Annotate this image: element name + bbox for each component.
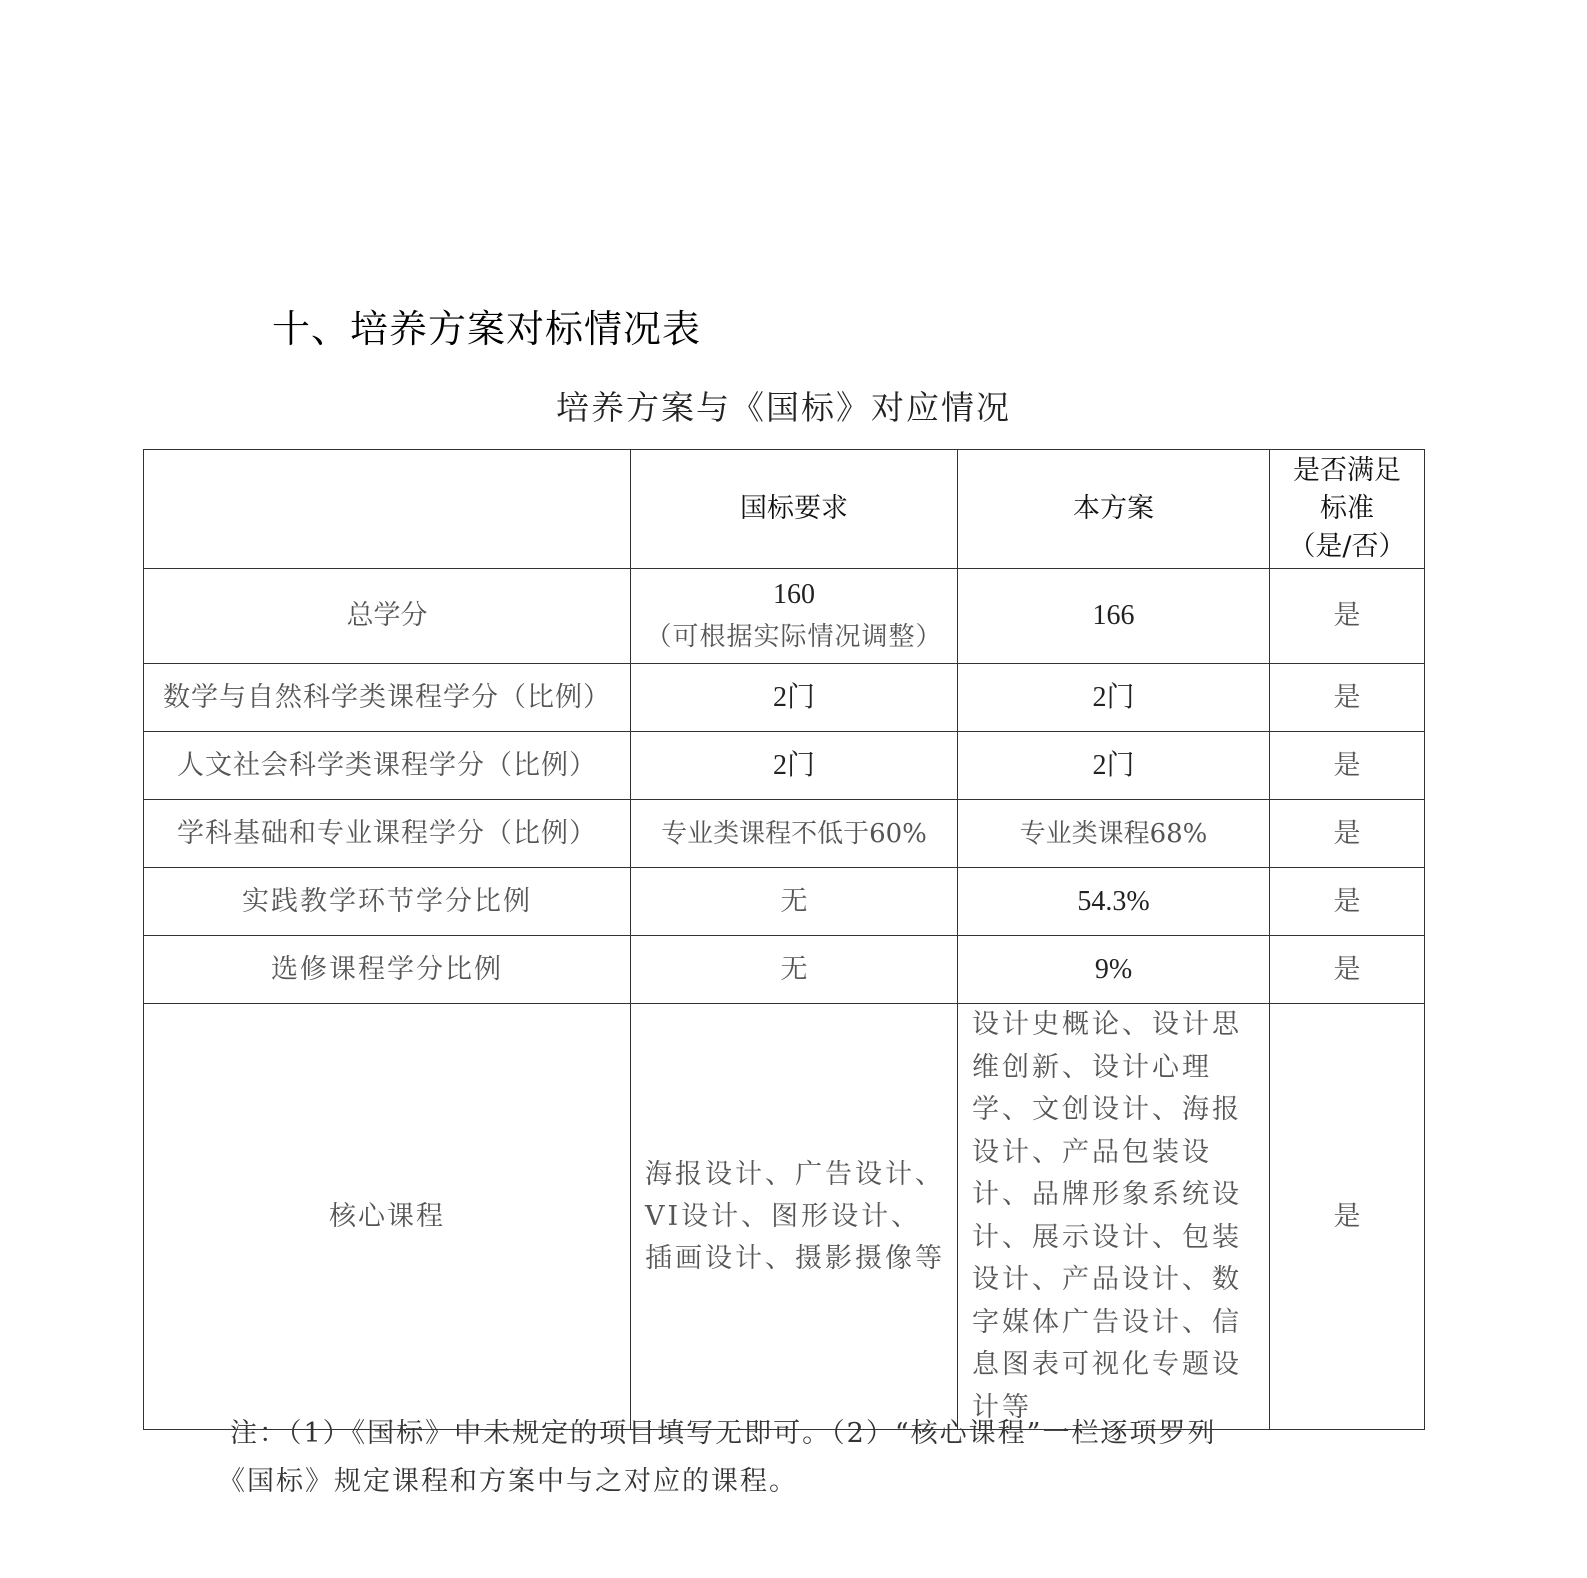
table-header-row: 国标要求 本方案 是否满足 标准 （是/否） [144, 450, 1425, 569]
row-meets: 是 [1270, 1004, 1425, 1430]
row-plan: 设计史概论、设计思维创新、设计心理学、文创设计、海报设计、产品包装设计、品牌形象… [958, 1004, 1270, 1430]
header-meets-line1: 是否满足 [1270, 452, 1424, 490]
row-meets: 是 [1270, 936, 1425, 1004]
row-meets: 是 [1270, 664, 1425, 732]
table-row: 人文社会科学类课程学分（比例） 2门 2门 是 [144, 732, 1425, 800]
row-item: 数学与自然科学类课程学分（比例） [144, 664, 631, 732]
row-meets: 是 [1270, 868, 1425, 936]
footnote: 注：（1）《国标》中未规定的项目填写无即可。（2）“核心课程”一栏逐项罗列 《国… [218, 1410, 1378, 1506]
row-standard: 无 [631, 868, 958, 936]
row-standard: 海报设计、广告设计、VI设计、图形设计、插画设计、摄影摄像等 [631, 1004, 958, 1430]
header-meets-line3: （是/否） [1270, 528, 1424, 566]
header-standard: 国标要求 [631, 450, 958, 569]
row-plan: 2门 [958, 732, 1270, 800]
table-row: 总学分 160 （可根据实际情况调整） 166 是 [144, 569, 1425, 664]
table-row: 学科基础和专业课程学分（比例） 专业类课程不低于60% 专业类课程68% 是 [144, 800, 1425, 868]
table-row: 核心课程 海报设计、广告设计、VI设计、图形设计、插画设计、摄影摄像等 设计史概… [144, 1004, 1425, 1430]
row-plan: 9% [958, 936, 1270, 1004]
row-standard: 2门 [631, 664, 958, 732]
row-meets: 是 [1270, 569, 1425, 664]
row-standard-value: 160 [631, 574, 957, 616]
section-heading: 十、培养方案对标情况表 [272, 298, 701, 353]
header-item [144, 450, 631, 569]
header-meets-line2: 标准 [1270, 490, 1424, 528]
row-standard: 无 [631, 936, 958, 1004]
row-standard: 2门 [631, 732, 958, 800]
row-plan: 专业类课程68% [958, 800, 1270, 868]
row-meets: 是 [1270, 732, 1425, 800]
header-meets: 是否满足 标准 （是/否） [1270, 450, 1425, 569]
comparison-table: 国标要求 本方案 是否满足 标准 （是/否） 总学分 160 （可根据实际情况调… [143, 449, 1425, 1430]
row-item: 选修课程学分比例 [144, 936, 631, 1004]
footnote-line2: 《国标》规定课程和方案中与之对应的课程。 [218, 1466, 798, 1497]
row-standard-note: （可根据实际情况调整） [631, 616, 957, 658]
row-plan: 2门 [958, 664, 1270, 732]
row-standard: 专业类课程不低于60% [631, 800, 958, 868]
row-item: 实践教学环节学分比例 [144, 868, 631, 936]
row-plan: 166 [958, 569, 1270, 664]
row-item: 人文社会科学类课程学分（比例） [144, 732, 631, 800]
row-item: 总学分 [144, 569, 631, 664]
table-title: 培养方案与《国标》对应情况 [556, 382, 1011, 429]
header-plan: 本方案 [958, 450, 1270, 569]
row-plan: 54.3% [958, 868, 1270, 936]
row-item: 学科基础和专业课程学分（比例） [144, 800, 631, 868]
row-standard: 160 （可根据实际情况调整） [631, 569, 958, 664]
table-row: 选修课程学分比例 无 9% 是 [144, 936, 1425, 1004]
footnote-line1: 注：（1）《国标》中未规定的项目填写无即可。（2）“核心课程”一栏逐项罗列 [218, 1410, 1378, 1458]
row-item: 核心课程 [144, 1004, 631, 1430]
table-row: 数学与自然科学类课程学分（比例） 2门 2门 是 [144, 664, 1425, 732]
table-row: 实践教学环节学分比例 无 54.3% 是 [144, 868, 1425, 936]
row-meets: 是 [1270, 800, 1425, 868]
